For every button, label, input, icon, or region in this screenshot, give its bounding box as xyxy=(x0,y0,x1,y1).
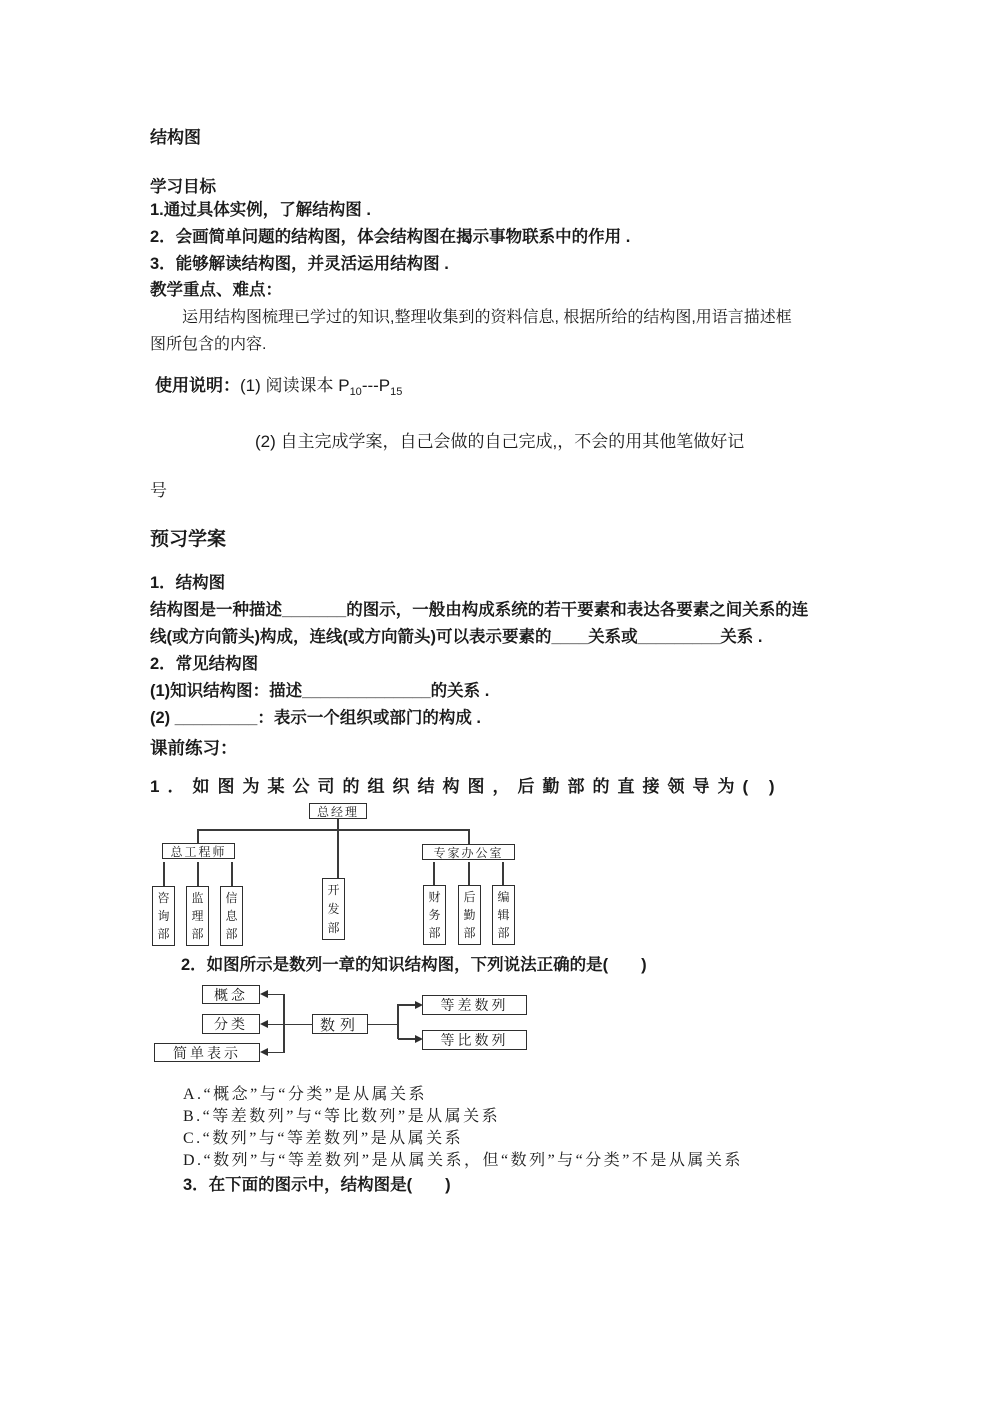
org-box-chief-engineer: 总工程师 xyxy=(162,843,235,859)
preview-heading: 预习学案 xyxy=(150,524,226,551)
org-line-right-drop xyxy=(468,829,470,844)
org-stub-left-3 xyxy=(231,862,233,886)
focus-heading: 教学重点、难点： xyxy=(150,276,282,300)
kc-box-concept: 概念 xyxy=(202,985,260,1004)
objectives-heading: 学习目标 xyxy=(150,173,216,197)
org-box-logistics-dept: 后勤部 xyxy=(458,885,481,945)
org-stub-left-1 xyxy=(163,862,165,886)
focus-line-2: 图所包含的内容. xyxy=(150,331,266,354)
kc-arrow-geometric xyxy=(415,1035,423,1043)
kc-line-to-classification xyxy=(267,1024,313,1026)
org-stub-right-1 xyxy=(433,862,435,885)
kc-line-to-simple-representation xyxy=(267,1052,284,1054)
objective-item-3: 3．能够解读结构图，并灵活运用结构图 . xyxy=(150,250,449,274)
kc-line-from-sequence xyxy=(368,1024,398,1026)
usage-step2-line-2: 号 xyxy=(150,476,167,501)
kc-arrow-simple-representation xyxy=(260,1048,268,1056)
option-b: B.“等差数列”与“等比数列”是从属关系 xyxy=(183,1103,500,1126)
preview-p1-line-1: 结构图是一种描述_______的图示，一般由构成系统的若干要素和表达各要素之间关… xyxy=(150,596,808,620)
org-box-consulting-dept: 咨询部 xyxy=(152,886,175,946)
usage-step1-subscript-b: 15 xyxy=(390,386,402,398)
option-c: C.“数列”与“等差数列”是从属关系 xyxy=(183,1125,463,1148)
worksheet-page: 结构图 学习目标 1.通过具体实例，了解结构图 . 2．会画简单问题的结构图，体… xyxy=(0,0,1000,1414)
kc-line-to-arithmetic xyxy=(398,1004,415,1006)
org-box-expert-office: 专家办公室 xyxy=(422,844,515,860)
org-line-left-drop xyxy=(197,829,199,843)
preview-p1-line-2: 线(或方向箭头)构成，连线(或方向箭头)可以表示要素的____关系或______… xyxy=(150,623,762,647)
kc-box-simple-representation: 简单表示 xyxy=(154,1043,260,1062)
preview-p2-item-2: (2) _________：表示一个组织或部门的构成 . xyxy=(150,704,481,728)
org-line-horizontal xyxy=(197,829,469,831)
usage-step2-line-1: (2) 自主完成学案，自己会做的自己完成,，不会的用其他笔做好记 xyxy=(255,427,744,452)
org-box-development-dept: 开发部 xyxy=(322,878,345,940)
preview-p2-title: 2．常见结构图 xyxy=(150,650,258,674)
focus-line-1: 运用结构图梳理已学过的知识,整理收集到的资料信息, 根据所给的结构图,用语言描述… xyxy=(182,304,792,327)
question-1: 1．如图为某公司的组织结构图，后勤部的直接领导为( ) xyxy=(150,772,783,797)
org-stub-right-2 xyxy=(468,862,470,885)
org-box-editorial-dept: 编辑部 xyxy=(492,885,515,945)
page-title: 结构图 xyxy=(150,123,201,148)
usage-label: 使用说明： xyxy=(155,376,240,395)
kc-arrow-classification xyxy=(260,1020,268,1028)
option-a: A.“概念”与“分类”是从属关系 xyxy=(183,1081,427,1104)
kc-box-classification: 分类 xyxy=(202,1014,260,1034)
usage-step1-text: (1) 阅读课本 P xyxy=(240,376,350,395)
kc-arrow-arithmetic xyxy=(415,1001,423,1009)
org-line-center-drop xyxy=(337,819,339,878)
kc-box-sequence: 数列 xyxy=(312,1014,368,1034)
kc-line-to-geometric xyxy=(398,1038,415,1040)
preview-p2-item-1: (1)知识结构图：描述______________的关系 . xyxy=(150,677,489,701)
org-box-finance-dept: 财务部 xyxy=(423,885,446,945)
knowledge-chart: 概念 分类 简单表示 数列 等差数列 等比数列 xyxy=(150,980,570,1070)
objective-item-2: 2．会画简单问题的结构图，体会结构图在揭示事物联系中的作用 . xyxy=(150,223,630,247)
org-box-general-manager: 总经理 xyxy=(309,803,367,819)
org-stub-right-3 xyxy=(502,862,504,885)
kc-box-arithmetic-sequence: 等差数列 xyxy=(422,995,527,1015)
kc-arrow-concept xyxy=(260,990,268,998)
org-box-information-dept: 信息部 xyxy=(220,886,243,946)
question-2: 2．如图所示是数列一章的知识结构图，下列说法正确的是( ) xyxy=(181,951,647,975)
kc-line-to-concept xyxy=(267,994,284,996)
org-chart: 总经理 总工程师 专家办公室 咨询部 监理部 信息部 开发部 财务部 后勤部 编… xyxy=(150,798,570,950)
kc-line-right-vertical xyxy=(397,1004,399,1039)
org-box-supervision-dept: 监理部 xyxy=(186,886,209,946)
kc-box-geometric-sequence: 等比数列 xyxy=(422,1030,527,1050)
usage-line-1: 使用说明：(1) 阅读课本 P10---P15 xyxy=(155,371,402,398)
usage-step1-dashes: ---P xyxy=(362,376,390,395)
usage-step1-subscript-a: 10 xyxy=(350,386,362,398)
question-3: 3．在下面的图示中，结构图是( ) xyxy=(183,1171,451,1195)
option-d: D.“数列”与“等差数列”是从属关系，但“数列”与“分类”不是从属关系 xyxy=(183,1147,743,1170)
preview-p1-title: 1．结构图 xyxy=(150,569,225,593)
objective-item-1: 1.通过具体实例，了解结构图 . xyxy=(150,196,371,220)
exercises-heading: 课前练习： xyxy=(150,735,238,760)
org-stub-left-2 xyxy=(197,862,199,886)
